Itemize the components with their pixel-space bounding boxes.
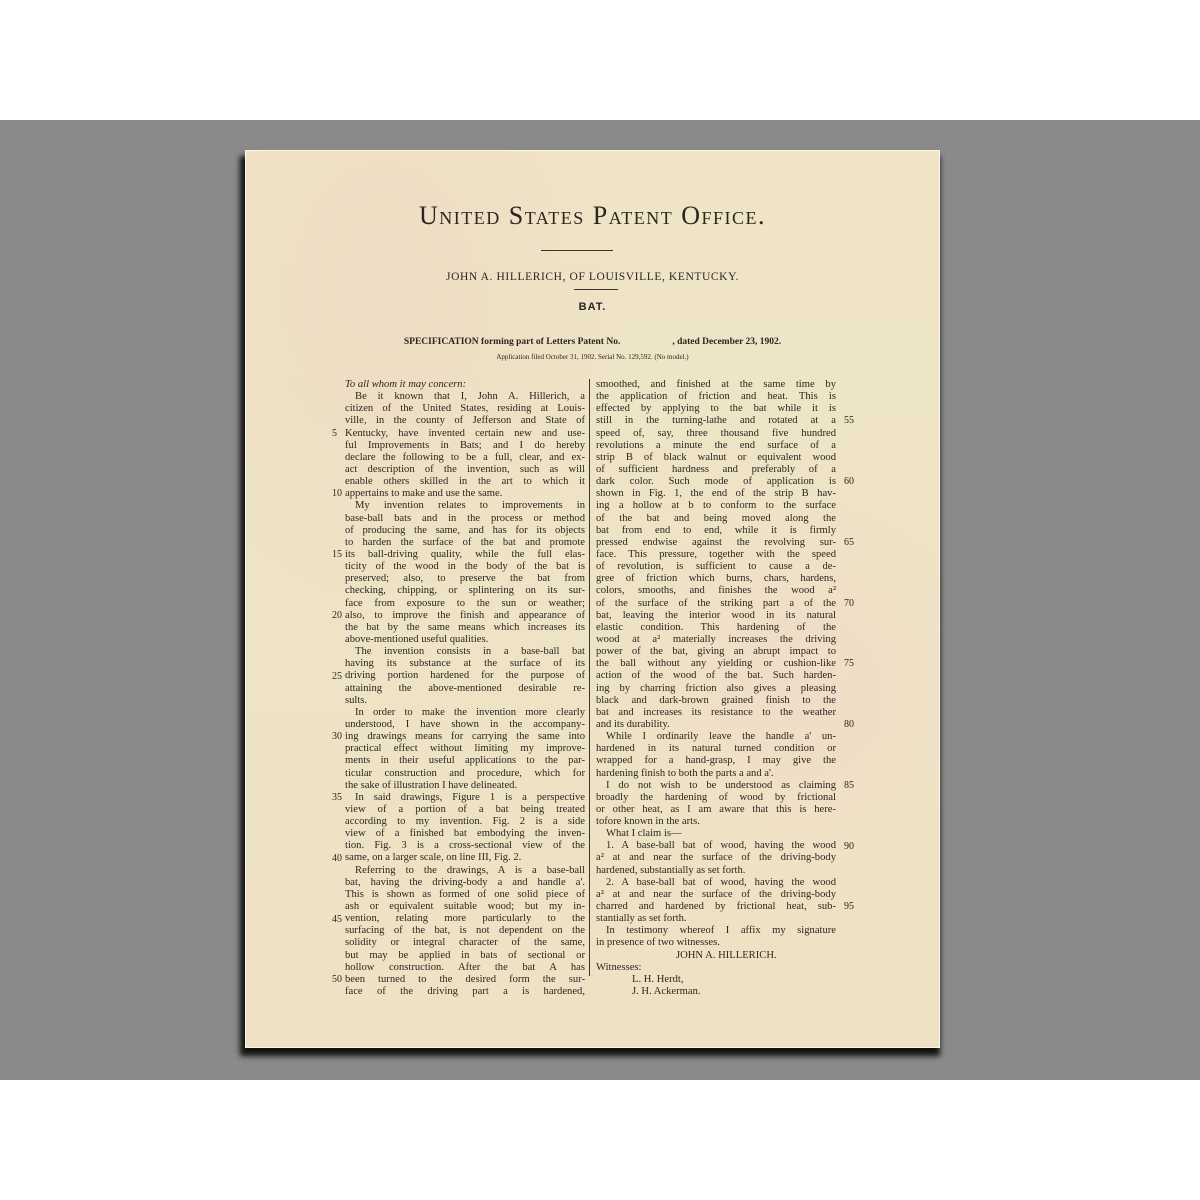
text-line: its ball-driving quality, while the full… <box>345 549 585 561</box>
text-line: but may be applied in bats of sectional … <box>345 950 585 962</box>
text-line: wood at a² materially increases the driv… <box>596 634 836 646</box>
text-line: enable others skilled in the art to whic… <box>345 476 585 488</box>
text-line: wrapped for a hand-grasp, I may give the <box>596 755 836 767</box>
text-line: black and dark-brown grained finish to t… <box>596 695 836 707</box>
text-line: understood, I have shown in the accompan… <box>345 719 585 731</box>
text-line: having its substance at the surface of i… <box>345 658 585 670</box>
text-line: ticity of the wood in the body of the ba… <box>345 561 585 573</box>
text-line: Kentucky, have invented certain new and … <box>345 428 585 440</box>
text-line: a² at and near the surface of the drivin… <box>596 852 836 864</box>
text-line: tion. Fig. 3 is a cross-sectional view o… <box>345 840 585 852</box>
patent-document: United States Patent Office. JOHN A. HIL… <box>245 150 940 1048</box>
text-line: effected by applying to the bat while it… <box>596 403 836 415</box>
text-line: ful Improvements in Bats; and I do hereb… <box>345 440 585 452</box>
text-line: bat, leaving the interior wood in its na… <box>596 610 836 622</box>
text-line: ville, in the county of Jefferson and St… <box>345 415 585 427</box>
right-text-column: smoothed, and finished at the same time … <box>596 379 836 998</box>
text-line: While I ordinarily leave the handle a' u… <box>596 731 836 743</box>
text-line: ing drawings means for carrying the same… <box>345 731 585 743</box>
text-line: driving portion hardened for the purpose… <box>345 670 585 682</box>
line-number: 5 <box>332 428 337 439</box>
text-line: face. This pressure, together with the s… <box>596 549 836 561</box>
text-line: preserved; also, to preserve the bat fro… <box>345 573 585 585</box>
line-number: 40 <box>332 853 342 864</box>
text-line: power of the bat, giving an abrupt impac… <box>596 646 836 658</box>
text-line: elastic condition. This hardening of the <box>596 622 836 634</box>
line-number: 80 <box>844 719 854 730</box>
text-line: of revolution, is sufficient to cause a … <box>596 561 836 573</box>
text-line: speed of, say, three thousand five hundr… <box>596 428 836 440</box>
inventor-line: JOHN A. HILLERICH, OF LOUISVILLE, KENTUC… <box>246 271 939 283</box>
text-line: a² at and near the surface of the drivin… <box>596 889 836 901</box>
text-line: of producing the same, and has for its o… <box>345 525 585 537</box>
text-line: act description of the invention, such a… <box>345 464 585 476</box>
text-line: the sake of illustration I have delineat… <box>345 780 585 792</box>
text-line: citizen of the United States, residing a… <box>345 403 585 415</box>
text-line: What I claim is— <box>596 828 836 840</box>
text-line: still in the turning-lathe and rotated a… <box>596 415 836 427</box>
text-line: base-ball bats and in the process or met… <box>345 513 585 525</box>
column-divider <box>589 379 590 976</box>
text-line: Be it known that I, John A. Hillerich, a <box>345 391 585 403</box>
text-line: face of the driving part a is hardened, <box>345 986 585 998</box>
text-line: dark color. Such mode of application is <box>596 476 836 488</box>
text-line: stantially as set forth. <box>596 913 836 925</box>
text-line: bat, having the driving-body a and handl… <box>345 877 585 889</box>
specification-prefix: SPECIFICATION forming part of Letters Pa… <box>404 337 620 347</box>
text-line: hardening finish to both the parts a and… <box>596 768 836 780</box>
text-line: strip B of black walnut or equivalent wo… <box>596 452 836 464</box>
text-line: In testimony whereof I affix my signatur… <box>596 925 836 937</box>
subject-rule <box>574 289 618 290</box>
document-title: United States Patent Office. <box>246 201 939 231</box>
line-number: 65 <box>844 537 854 548</box>
text-line: Witnesses: <box>596 962 836 974</box>
line-number: 45 <box>332 914 342 925</box>
text-line: tofore known in the arts. <box>596 816 836 828</box>
line-number: 50 <box>332 974 342 985</box>
text-line: gree of friction which burns, chars, har… <box>596 573 836 585</box>
text-line: according to my invention. Fig. 2 is a s… <box>345 816 585 828</box>
text-line: hardened in its natural turned condition… <box>596 743 836 755</box>
text-line: the bat by the same means which increase… <box>345 622 585 634</box>
text-line: of sufficient hardness and preferably of… <box>596 464 836 476</box>
line-number: 10 <box>332 488 342 499</box>
left-text-column: To all whom it may concern:Be it known t… <box>345 379 585 998</box>
text-line: been turned to the desired form the sur- <box>345 974 585 986</box>
line-number: 35 <box>332 792 342 803</box>
text-line: the application of friction and heat. Th… <box>596 391 836 403</box>
text-line: J. H. Ackerman. <box>596 986 836 998</box>
text-line: ticular construction and procedure, whic… <box>345 768 585 780</box>
text-line: attaining the above-mentioned desirable … <box>345 683 585 695</box>
text-line: shown in Fig. 1, the end of the strip B … <box>596 488 836 500</box>
line-number: 70 <box>844 598 854 609</box>
text-line: face from exposure to the sun or weather… <box>345 598 585 610</box>
specification-line: SPECIFICATION forming part of Letters Pa… <box>246 337 939 347</box>
text-line: hardened, substantially as set forth. <box>596 865 836 877</box>
text-line: This is shown as formed of one solid pie… <box>345 889 585 901</box>
text-line: The invention consists in a base-ball ba… <box>345 646 585 658</box>
text-line: hollow construction. After the bat A has <box>345 962 585 974</box>
text-line: I do not wish to be understood as claimi… <box>596 780 836 792</box>
line-number: 60 <box>844 476 854 487</box>
text-line: revolutions a minute the end surface of … <box>596 440 836 452</box>
text-line: in presence of two witnesses. <box>596 937 836 949</box>
text-line: smoothed, and finished at the same time … <box>596 379 836 391</box>
specification-date: , dated December 23, 1902. <box>672 337 781 347</box>
text-line: view of a finished bat embodying the inv… <box>345 828 585 840</box>
text-line: and its durability. <box>596 719 836 731</box>
line-number: 25 <box>332 671 342 682</box>
subject-heading: BAT. <box>246 301 939 313</box>
text-line: view of a portion of a bat being treated <box>345 804 585 816</box>
line-number: 15 <box>332 549 342 560</box>
text-line: of the surface of the striking part a of… <box>596 598 836 610</box>
text-line: same, on a larger scale, on line III, Fi… <box>345 852 585 864</box>
line-number: 75 <box>844 658 854 669</box>
text-line: surfacing of the bat, is not dependent o… <box>345 925 585 937</box>
text-line: action of the wood of the bat. Such hard… <box>596 670 836 682</box>
text-line: checking, chipping, or splintering on it… <box>345 585 585 597</box>
text-line: sults. <box>345 695 585 707</box>
text-line: appertains to make and use the same. <box>345 488 585 500</box>
text-line: My invention relates to improvements in <box>345 500 585 512</box>
line-number: 30 <box>332 731 342 742</box>
text-line: bat and increases its resistance to the … <box>596 707 836 719</box>
line-number: 20 <box>332 610 342 621</box>
application-line: Application filed October 31, 1902. Seri… <box>246 353 939 361</box>
text-line: or other heat, as I am aware that this i… <box>596 804 836 816</box>
text-line: bat from end to end, while it is firmly <box>596 525 836 537</box>
text-line: 2. A base-ball bat of wood, having the w… <box>596 877 836 889</box>
text-line: practical effect without limiting my imp… <box>345 743 585 755</box>
text-line: ments in their useful applications to th… <box>345 755 585 767</box>
line-number: 85 <box>844 780 854 791</box>
line-number: 55 <box>844 415 854 426</box>
text-line: 1. A base-ball bat of wood, having the w… <box>596 840 836 852</box>
text-line: JOHN A. HILLERICH. <box>596 950 836 962</box>
text-line: In said drawings, Figure 1 is a perspect… <box>345 792 585 804</box>
text-line: declare the following to be a full, clea… <box>345 452 585 464</box>
text-line: To all whom it may concern: <box>345 379 585 391</box>
text-line: charred and hardened by frictional heat,… <box>596 901 836 913</box>
text-line: Referring to the drawings, A is a base-b… <box>345 865 585 877</box>
text-line: to harden the surface of the bat and pro… <box>345 537 585 549</box>
text-line: L. H. Herdt, <box>596 974 836 986</box>
text-line: the ball without any yielding or cushion… <box>596 658 836 670</box>
text-line: above-mentioned useful qualities. <box>345 634 585 646</box>
text-line: of the bat and being moved along the <box>596 513 836 525</box>
line-number: 95 <box>844 901 854 912</box>
title-rule <box>541 250 613 251</box>
text-line: broadly the hardening of wood by frictio… <box>596 792 836 804</box>
text-line: vention, relating more particularly to t… <box>345 913 585 925</box>
text-line: ing by charring friction also gives a pl… <box>596 683 836 695</box>
text-line: also, to improve the finish and appearan… <box>345 610 585 622</box>
text-line: colors, smooths, and finishes the wood a… <box>596 585 836 597</box>
text-line: ash or equivalent suitable wood; but my … <box>345 901 585 913</box>
text-line: ing a hollow at b to conform to the surf… <box>596 500 836 512</box>
text-line: pressed endwise against the revolving su… <box>596 537 836 549</box>
text-line: In order to make the invention more clea… <box>345 707 585 719</box>
line-number: 90 <box>844 841 854 852</box>
text-line: solidity or integral character of the sa… <box>345 937 585 949</box>
